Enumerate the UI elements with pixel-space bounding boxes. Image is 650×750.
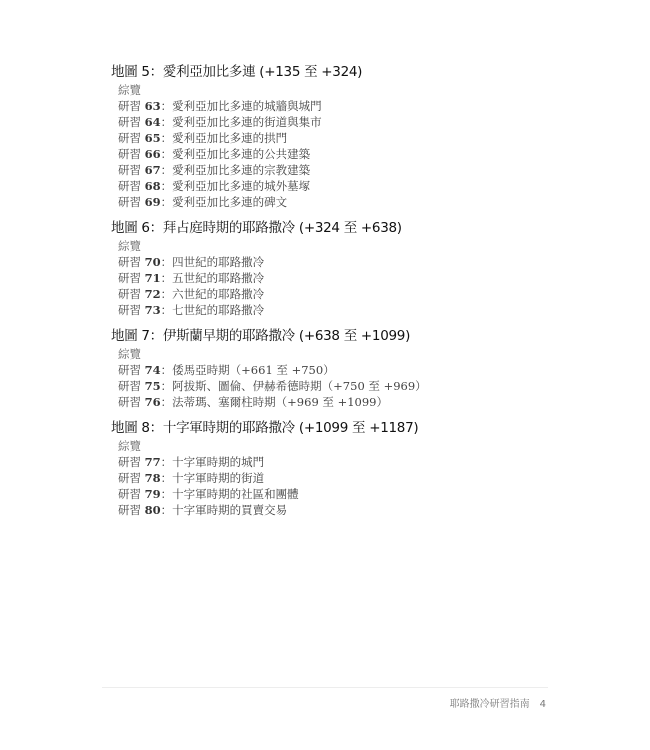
item-title: ：倭馬亞時期（+661 至 +750） xyxy=(161,363,335,377)
toc-item: 研習 68：愛利亞加比多連的城外墓塚 xyxy=(111,178,551,194)
item-title: ：十字軍時期的街道 xyxy=(161,471,265,485)
item-title: ：六世紀的耶路撒冷 xyxy=(161,287,265,301)
page-number: 4 xyxy=(540,699,546,710)
item-prefix: 研習 xyxy=(118,395,145,409)
toc-item: 研習 71：五世紀的耶路撒冷 xyxy=(111,270,551,286)
toc-item: 研習 66：愛利亞加比多連的公共建築 xyxy=(111,146,551,162)
section-heading: 地圖 7：伊斯蘭早期的耶路撒冷 (+638 至 +1099) xyxy=(111,326,551,346)
item-prefix: 研習 xyxy=(118,271,145,285)
toc-item-overview: 綜覽 xyxy=(111,238,551,254)
item-title: ：愛利亞加比多連的城牆與城門 xyxy=(161,99,322,113)
toc-item-overview: 綜覽 xyxy=(111,82,551,98)
toc-item: 研習 75：阿拔斯、圖倫、伊赫希德時期（+750 至 +969） xyxy=(111,378,551,394)
item-prefix: 研習 xyxy=(118,195,145,209)
item-number: 70 xyxy=(145,255,161,269)
item-prefix: 研習 xyxy=(118,503,145,517)
toc-section-map-8: 地圖 8：十字軍時期的耶路撒冷 (+1099 至 +1187) 綜覽 研習 77… xyxy=(111,418,551,518)
toc-item-overview: 綜覽 xyxy=(111,438,551,454)
item-title: ：愛利亞加比多連的城外墓塚 xyxy=(161,179,311,193)
item-number: 63 xyxy=(145,99,161,113)
item-prefix: 研習 xyxy=(118,255,145,269)
item-prefix: 研習 xyxy=(118,455,145,469)
document-page: 地圖 5：愛利亞加比多連 (+135 至 +324) 綜覽 研習 63：愛利亞加… xyxy=(0,0,650,750)
section-heading: 地圖 5：愛利亞加比多連 (+135 至 +324) xyxy=(111,62,551,82)
toc-section-map-6: 地圖 6：拜占庭時期的耶路撒冷 (+324 至 +638) 綜覽 研習 70：四… xyxy=(111,218,551,318)
item-title: ：阿拔斯、圖倫、伊赫希德時期（+750 至 +969） xyxy=(161,379,427,393)
item-prefix: 研習 xyxy=(118,115,145,129)
page-footer: 耶路撒冷研習指南4 xyxy=(450,695,546,710)
item-title: ：四世紀的耶路撒冷 xyxy=(161,255,265,269)
footer-book-title: 耶路撒冷研習指南 xyxy=(450,699,530,710)
toc-section-map-5: 地圖 5：愛利亞加比多連 (+135 至 +324) 綜覽 研習 63：愛利亞加… xyxy=(111,62,551,210)
item-title: ：十字軍時期的社區和團體 xyxy=(161,487,299,501)
toc-item: 研習 64：愛利亞加比多連的街道與集市 xyxy=(111,114,551,130)
item-title: ：愛利亞加比多連的拱門 xyxy=(161,131,288,145)
item-prefix: 研習 xyxy=(118,131,145,145)
toc-section-map-7: 地圖 7：伊斯蘭早期的耶路撒冷 (+638 至 +1099) 綜覽 研習 74：… xyxy=(111,326,551,410)
toc-item: 研習 80：十字軍時期的買賣交易 xyxy=(111,502,551,518)
section-heading: 地圖 6：拜占庭時期的耶路撒冷 (+324 至 +638) xyxy=(111,218,551,238)
item-number: 71 xyxy=(145,271,161,285)
toc-item: 研習 63：愛利亞加比多連的城牆與城門 xyxy=(111,98,551,114)
item-prefix: 研習 xyxy=(118,487,145,501)
item-prefix: 研習 xyxy=(118,99,145,113)
item-title: ：五世紀的耶路撒冷 xyxy=(161,271,265,285)
toc-item: 研習 74：倭馬亞時期（+661 至 +750） xyxy=(111,362,551,378)
item-number: 69 xyxy=(145,195,161,209)
item-prefix: 研習 xyxy=(118,179,145,193)
item-title: ：愛利亞加比多連的宗教建築 xyxy=(161,163,311,177)
item-title: ：十字軍時期的買賣交易 xyxy=(161,503,288,517)
item-number: 77 xyxy=(145,455,161,469)
item-number: 72 xyxy=(145,287,161,301)
item-title: ：愛利亞加比多連的公共建築 xyxy=(161,147,311,161)
item-title: ：愛利亞加比多連的街道與集市 xyxy=(161,115,322,129)
toc-item: 研習 76：法蒂瑪、塞爾柱時期（+969 至 +1099） xyxy=(111,394,551,410)
item-prefix: 研習 xyxy=(118,303,145,317)
item-number: 78 xyxy=(145,471,161,485)
item-number: 73 xyxy=(145,303,161,317)
item-title: ：十字軍時期的城門 xyxy=(161,455,265,469)
section-heading: 地圖 8：十字軍時期的耶路撒冷 (+1099 至 +1187) xyxy=(111,418,551,438)
item-prefix: 研習 xyxy=(118,163,145,177)
item-number: 65 xyxy=(145,131,161,145)
toc-item: 研習 69：愛利亞加比多連的碑文 xyxy=(111,194,551,210)
toc-item: 研習 78：十字軍時期的街道 xyxy=(111,470,551,486)
toc-item: 研習 65：愛利亞加比多連的拱門 xyxy=(111,130,551,146)
item-number: 68 xyxy=(145,179,161,193)
toc-item: 研習 77：十字軍時期的城門 xyxy=(111,454,551,470)
item-number: 64 xyxy=(145,115,161,129)
item-number: 80 xyxy=(145,503,161,517)
toc-item-overview: 綜覽 xyxy=(111,346,551,362)
item-number: 75 xyxy=(145,379,161,393)
item-prefix: 研習 xyxy=(118,363,145,377)
item-title: ：愛利亞加比多連的碑文 xyxy=(161,195,288,209)
item-title: ：法蒂瑪、塞爾柱時期（+969 至 +1099） xyxy=(161,395,388,409)
item-prefix: 研習 xyxy=(118,287,145,301)
item-prefix: 研習 xyxy=(118,147,145,161)
item-number: 67 xyxy=(145,163,161,177)
item-number: 79 xyxy=(145,487,161,501)
toc-item: 研習 67：愛利亞加比多連的宗教建築 xyxy=(111,162,551,178)
toc-item: 研習 79：十字軍時期的社區和團體 xyxy=(111,486,551,502)
item-number: 66 xyxy=(145,147,161,161)
item-number: 76 xyxy=(145,395,161,409)
item-number: 74 xyxy=(145,363,161,377)
item-prefix: 研習 xyxy=(118,471,145,485)
toc-item: 研習 73：七世紀的耶路撒冷 xyxy=(111,302,551,318)
item-prefix: 研習 xyxy=(118,379,145,393)
toc-item: 研習 70：四世紀的耶路撒冷 xyxy=(111,254,551,270)
footer-divider xyxy=(102,687,548,688)
toc-item: 研習 72：六世紀的耶路撒冷 xyxy=(111,286,551,302)
item-title: ：七世紀的耶路撒冷 xyxy=(161,303,265,317)
table-of-contents: 地圖 5：愛利亞加比多連 (+135 至 +324) 綜覽 研習 63：愛利亞加… xyxy=(111,62,551,526)
